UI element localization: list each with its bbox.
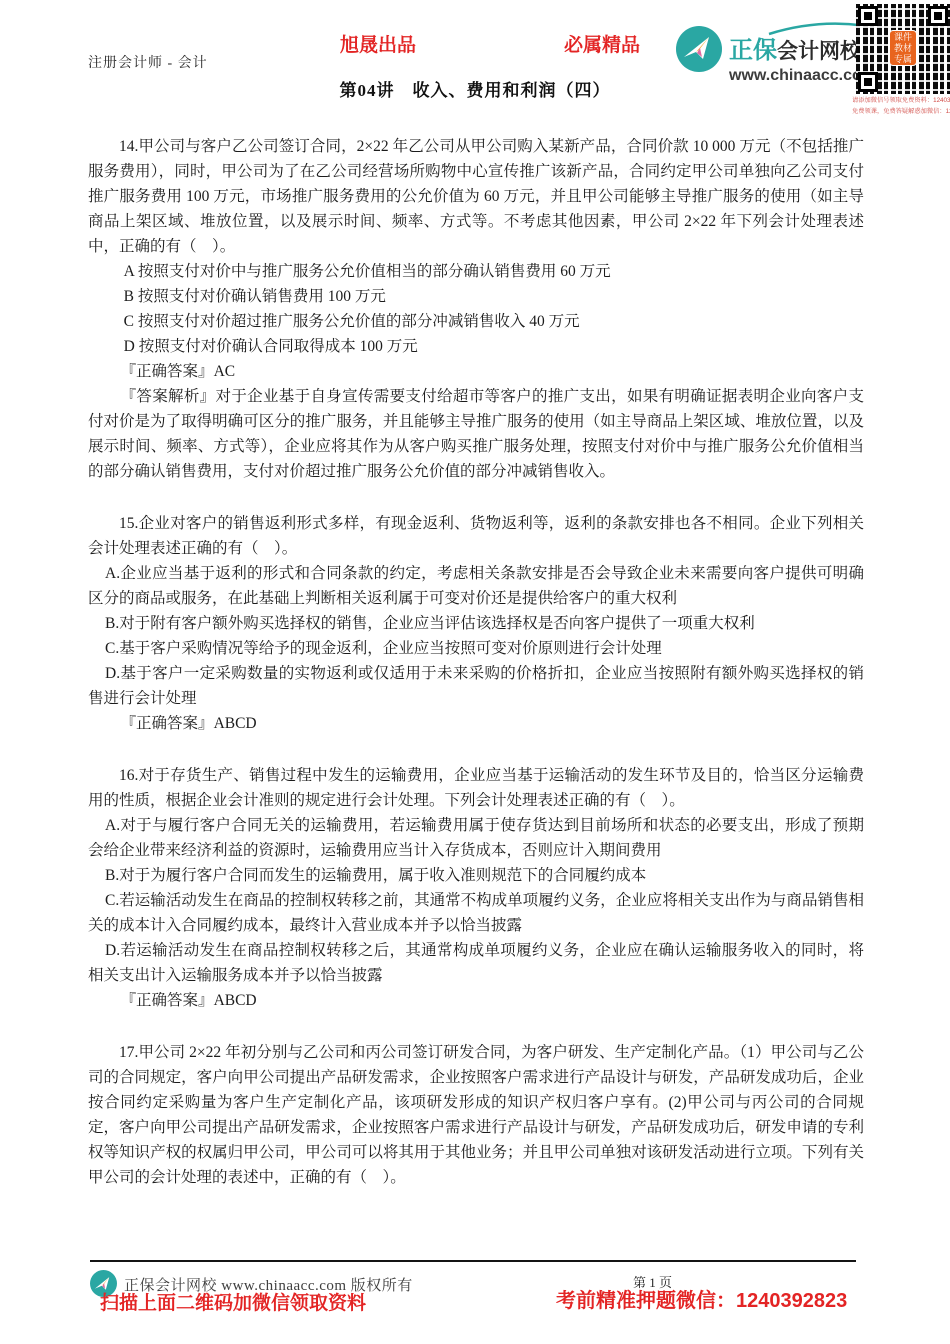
answer-prefix: 『正确答案』 [121, 363, 214, 380]
course-label: 注册会计师 - 会计 [88, 52, 208, 72]
option-b: B 按照支付对价确认销售费用 100 万元 [88, 284, 864, 309]
answer-line: 『正确答案』ABCD [88, 711, 864, 736]
promo-banner: 旭晟出品 必属精品 [340, 30, 640, 57]
question-stem: 16.对于存货生产、销售过程中发生的运输费用，企业应当基于运输活动的发生环节及目… [88, 763, 864, 813]
qr-code-block: 课件 教材 专属 请添加微信号领取免费资料：1240392823 免费领课，免费… [852, 4, 950, 116]
exam-content: 14.甲公司与客户乙公司签订合同，2×22 年乙公司从甲公司购入某新产品，合同价… [88, 134, 864, 1217]
promo-left-text: 旭晟出品 [340, 30, 416, 57]
option-d: D.若运输活动发生在商品控制权转移之后，其通常构成单项履约义务，企业应在确认运输… [88, 938, 864, 988]
promo-right-text: 必属精品 [564, 30, 640, 57]
option-b: B.对于为履行客户合同而发生的运输费用，属于收入准则规范下的合同履约成本 [88, 863, 864, 888]
qr-center-badge: 课件 教材 专属 [889, 30, 917, 66]
question-15: 15.企业对客户的销售返利形式多样，有现金返利、货物返利等，返利的条款安排也各不… [88, 511, 864, 736]
option-c: C 按照支付对价超过推广服务公允价值的部分冲减销售收入 40 万元 [88, 309, 864, 334]
answer-value: ABCD [214, 992, 257, 1009]
qr-caption-line1: 请添加微信号领取免费资料：1240392823 [852, 97, 946, 105]
footer-divider [90, 1260, 856, 1262]
answer-value: AC [214, 363, 236, 380]
footer-scan-promo: 扫描上面二维码加微信领取资料 [100, 1288, 366, 1315]
answer-prefix: 『正确答案』 [121, 992, 214, 1009]
question-stem: 15.企业对客户的销售返利形式多样，有现金返利、货物返利等，返利的条款安排也各不… [88, 511, 864, 561]
brand-name-primary: 正保 [729, 37, 777, 64]
question-16: 16.对于存货生产、销售过程中发生的运输费用，企业应当基于运输活动的发生环节及目… [88, 763, 864, 1013]
qr-finder-icon [858, 6, 878, 26]
question-stem: 14.甲公司与客户乙公司签订合同，2×22 年乙公司从甲公司购入某新产品，合同价… [88, 134, 864, 259]
document-page: 注册会计师 - 会计 旭晟出品 必属精品 第04讲 收入、费用和利润（四） 正保… [0, 0, 950, 1344]
answer-prefix: 『正确答案』 [121, 715, 214, 732]
answer-line: 『正确答案』AC [88, 359, 864, 384]
paper-plane-icon [683, 35, 715, 63]
question-14: 14.甲公司与客户乙公司签订合同，2×22 年乙公司从甲公司购入某新产品，合同价… [88, 134, 864, 484]
option-d: D.基于客户一定采购数量的实物返利或仅适用于未来采购的价格折扣，企业应当按照附有… [88, 661, 864, 711]
option-a: A.对于与履行客户合同无关的运输费用，若运输费用属于使存货达到目前场所和状态的必… [88, 813, 864, 863]
qr-caption-line2: 免费领课，免费答疑解惑加微信：1240392823 [852, 108, 946, 116]
footer-wechat-promo: 考前精准押题微信：1240392823 [556, 1284, 847, 1313]
option-c: C.若运输活动发生在商品的控制权转移之前，其通常不构成单项履约义务，企业应将相关… [88, 888, 864, 938]
answer-line: 『正确答案』ABCD [88, 988, 864, 1013]
qr-finder-icon [928, 6, 948, 26]
option-a: A 按照支付对价中与推广服务公允价值相当的部分确认销售费用 60 万元 [88, 259, 864, 284]
qr-code-image: 课件 教材 专属 [856, 4, 950, 94]
brand-circle-icon [676, 26, 722, 72]
question-stem: 17.甲公司 2×22 年初分别与乙公司和丙公司签订研发合同，为客户研发、生产定… [88, 1040, 864, 1190]
brand-logo: 正保会计网校 www.chinaacc.com [676, 26, 876, 85]
brand-name-secondary: 会计网校 [777, 40, 861, 63]
option-a: A.企业应当基于返利的形式和合同条款的约定，考虑相关条款安排是否会导致企业未来需… [88, 561, 864, 611]
option-b: B.对于附有客户额外购买选择权的销售，企业应当评估该选择权是否向客户提供了一项重… [88, 611, 864, 636]
qr-finder-icon [858, 72, 878, 92]
question-17: 17.甲公司 2×22 年初分别与乙公司和丙公司签订研发合同，为客户研发、生产定… [88, 1040, 864, 1190]
answer-value: ABCD [214, 715, 257, 732]
option-c: C.基于客户采购情况等给予的现金返利，企业应当按照可变对价原则进行会计处理 [88, 636, 864, 661]
option-d: D 按照支付对价确认合同取得成本 100 万元 [88, 334, 864, 359]
answer-explanation: 『答案解析』对于企业基于自身宣传需要支付给超市等客户的推广支出，如果有明确证据表… [88, 384, 864, 484]
